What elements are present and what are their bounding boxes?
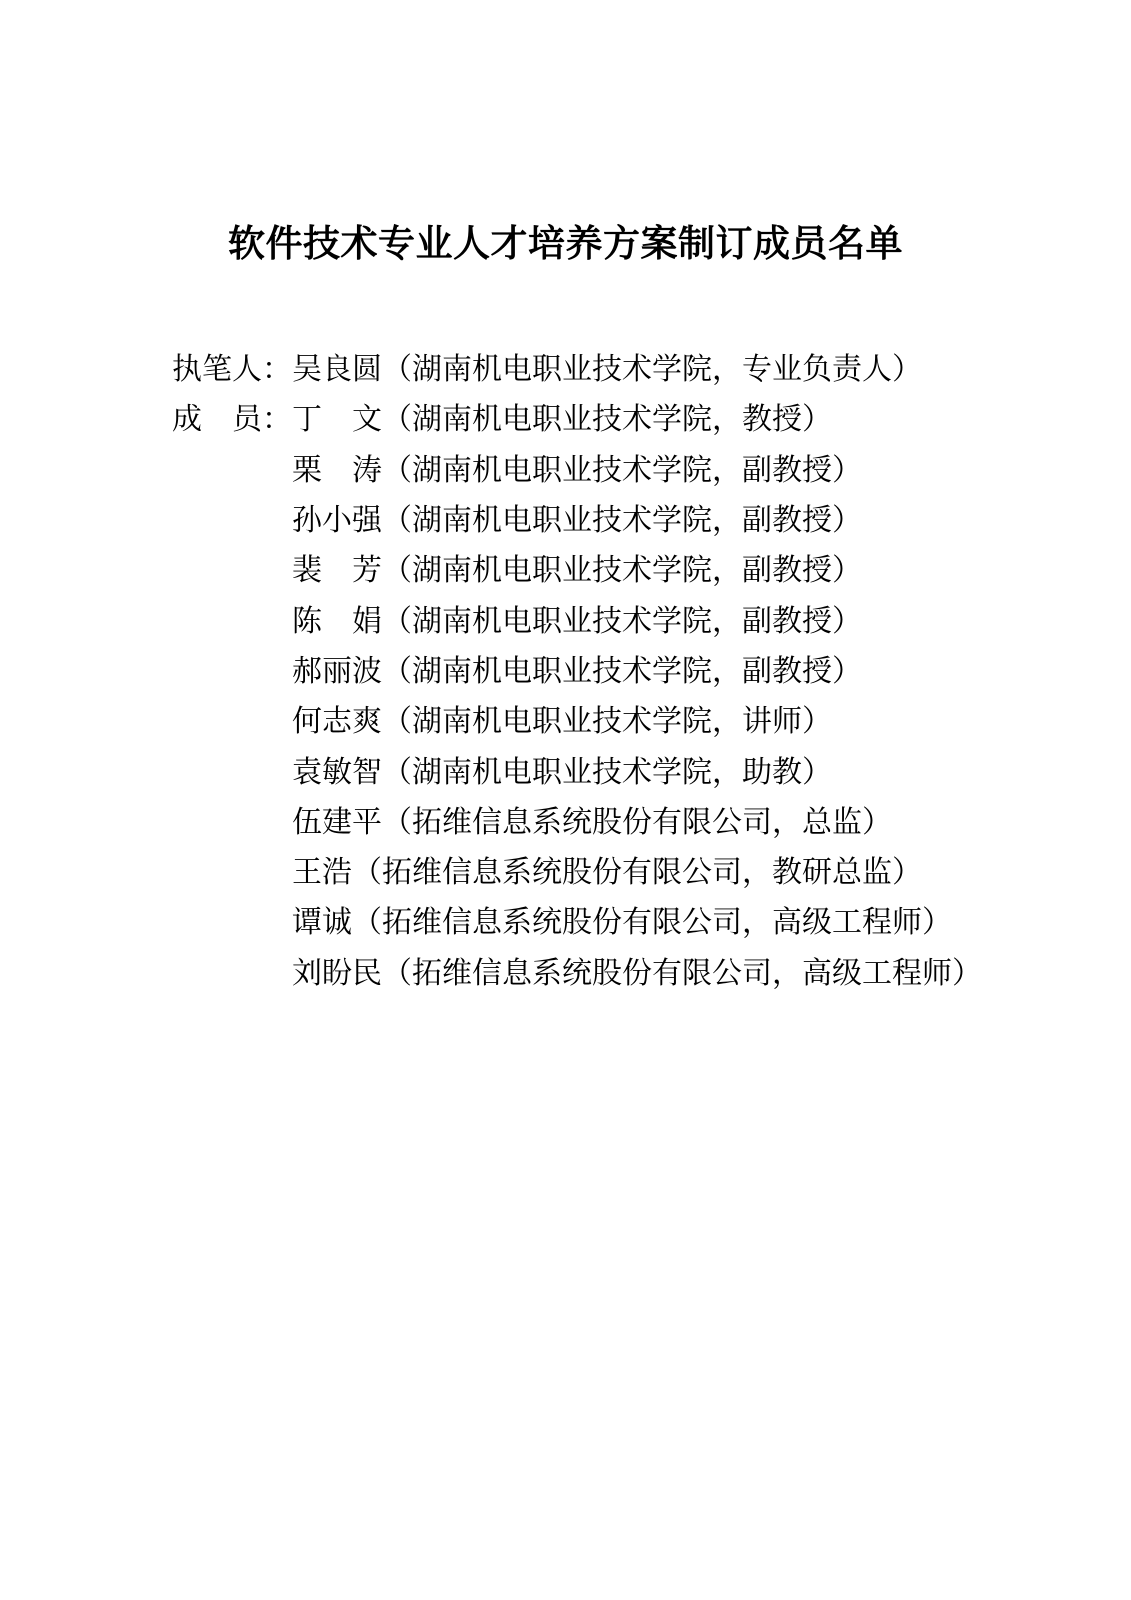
member-value: 丁 文（湖南机电职业技术学院，教授）: [292, 394, 832, 438]
member-line: 刘盼民（拓维信息系统股份有限公司，高级工程师）: [172, 945, 982, 995]
member-line: 郝丽波（湖南机电职业技术学院，副教授）: [172, 643, 982, 693]
member-line: 陈 娟（湖南机电职业技术学院，副教授）: [172, 592, 982, 642]
member-line: 何志爽（湖南机电职业技术学院，讲师）: [172, 693, 982, 743]
member-value: 栗 涛（湖南机电职业技术学院，副教授）: [292, 445, 862, 489]
member-value: 裴 芳（湖南机电职业技术学院，副教授）: [292, 545, 862, 589]
member-line: 成 员： 丁 文（湖南机电职业技术学院，教授）: [172, 391, 982, 441]
member-line: 孙小强（湖南机电职业技术学院，副教授）: [172, 492, 982, 542]
writer-value: 吴良圆（湖南机电职业技术学院，专业负责人）: [292, 344, 922, 388]
member-value: 谭诚（拓维信息系统股份有限公司，高级工程师）: [292, 897, 952, 941]
member-value: 陈 娟（湖南机电职业技术学院，副教授）: [292, 596, 862, 640]
member-value: 王浩（拓维信息系统股份有限公司，教研总监）: [292, 847, 922, 891]
member-value: 郝丽波（湖南机电职业技术学院，副教授）: [292, 646, 862, 690]
member-line: 伍建平（拓维信息系统股份有限公司，总监）: [172, 794, 982, 844]
members-label: 成 员：: [172, 394, 292, 438]
member-value: 孙小强（湖南机电职业技术学院，副教授）: [292, 495, 862, 539]
member-line: 王浩（拓维信息系统股份有限公司，教研总监）: [172, 844, 982, 894]
member-value: 袁敏智（湖南机电职业技术学院，助教）: [292, 747, 832, 791]
member-list: 执笔人： 吴良圆（湖南机电职业技术学院，专业负责人） 成 员： 丁 文（湖南机电…: [172, 341, 982, 995]
writer-label: 执笔人：: [172, 344, 292, 388]
member-value: 何志爽（湖南机电职业技术学院，讲师）: [292, 696, 832, 740]
member-line: 谭诚（拓维信息系统股份有限公司，高级工程师）: [172, 894, 982, 944]
member-line: 裴 芳（湖南机电职业技术学院，副教授）: [172, 542, 982, 592]
member-line: 袁敏智（湖南机电职业技术学院，助教）: [172, 743, 982, 793]
page-title: 软件技术专业人才培养方案制订成员名单: [0, 222, 1131, 266]
member-line: 栗 涛（湖南机电职业技术学院，副教授）: [172, 442, 982, 492]
writer-line: 执笔人： 吴良圆（湖南机电职业技术学院，专业负责人）: [172, 341, 982, 391]
member-value: 伍建平（拓维信息系统股份有限公司，总监）: [292, 797, 892, 841]
member-value: 刘盼民（拓维信息系统股份有限公司，高级工程师）: [292, 948, 982, 992]
document-page: 软件技术专业人才培养方案制订成员名单 执笔人： 吴良圆（湖南机电职业技术学院，专…: [0, 0, 1131, 1600]
